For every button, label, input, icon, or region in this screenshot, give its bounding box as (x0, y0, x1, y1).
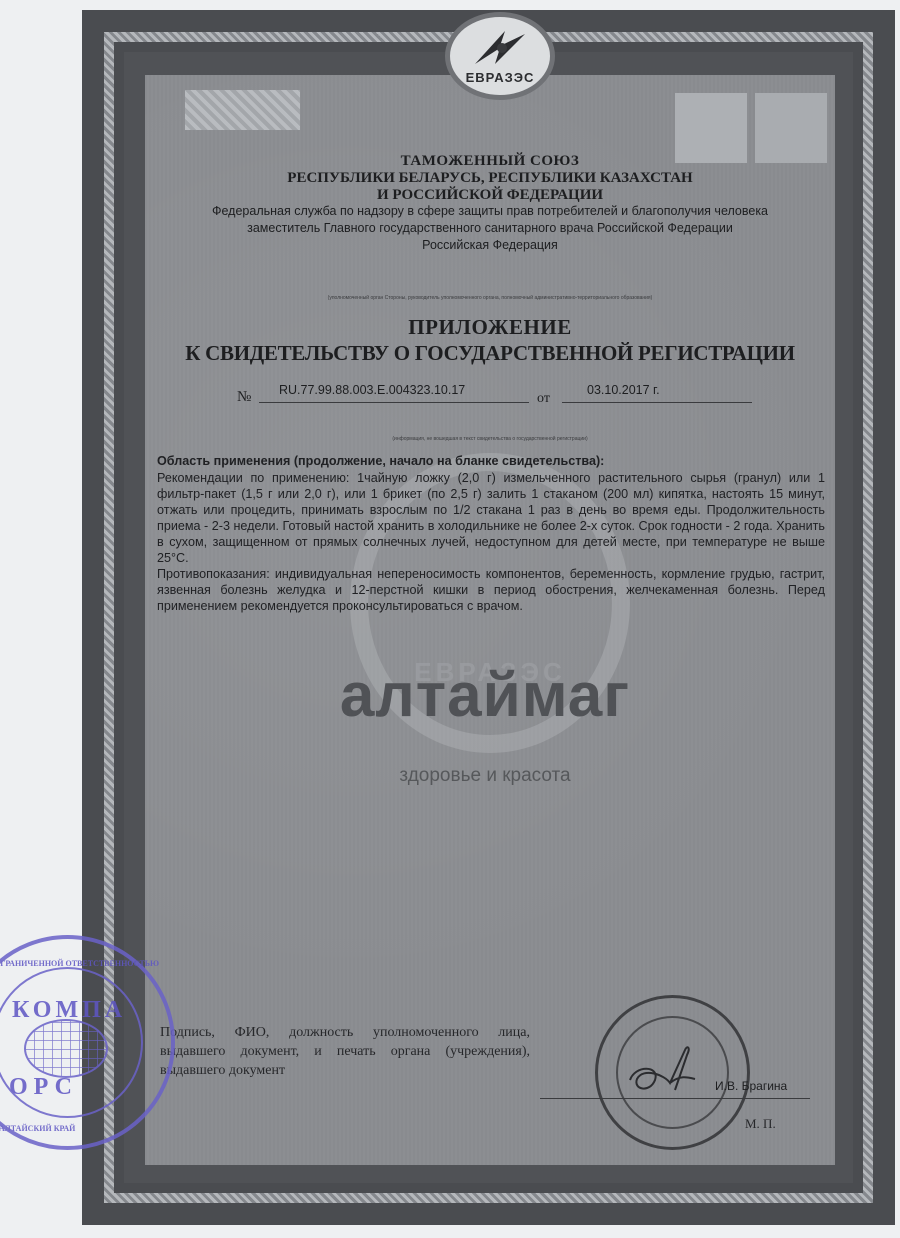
stamp-company-word: ОРС (9, 1074, 78, 1101)
number-sign: № (237, 389, 251, 406)
registration-date: 03.10.2017 г. (587, 383, 660, 397)
emblem-label: ЕВРАЗЭС (435, 70, 565, 85)
header-country: Российская Федерация (145, 238, 835, 252)
evrazes-emblem: ЕВРАЗЭС (435, 12, 565, 107)
document-subtitle: К СВИДЕТЕЛЬСТВУ О ГОСУДАРСТВЕННОЙ РЕГИСТ… (145, 341, 835, 366)
signature-caption: Подпись, ФИО, должность уполномоченного … (160, 1023, 530, 1080)
signature-line (540, 1098, 810, 1099)
header-republics: И РОССИЙСКОЙ ФЕДЕРАЦИИ (145, 187, 835, 204)
header-deputy: заместитель Главного государственного са… (145, 221, 835, 235)
signature-icon (625, 1035, 715, 1105)
header-republics: РЕСПУБЛИКИ БЕЛАРУСЬ, РЕСПУБЛИКИ КАЗАХСТА… (145, 170, 835, 187)
usage-paragraph: Рекомендации по применению: 1чайную ложк… (157, 470, 825, 566)
authority-caption: (уполномоченный орган Стороны, руководит… (145, 295, 835, 301)
certificate-page: ЕВРАЗЭС ТАМОЖЕННЫЙ СОЮЗ РЕСПУБЛИКИ БЕЛАР… (145, 75, 835, 1165)
section-title: Область применения (продолжение, начало … (157, 453, 825, 469)
stamp-place-label: М. П. (745, 1116, 776, 1132)
underline (259, 402, 529, 403)
registration-line: № RU.77.99.88.003.E.004323.10.17 от 03.1… (237, 383, 797, 405)
header-service: Федеральная служба по надзору в сфере за… (145, 204, 835, 218)
stamp-arc-text: ОГРАНИЧЕННОЙ ОТВЕТСТВЕННОСТЬЮ (0, 959, 159, 968)
application-section: Область применения (продолжение, начало … (157, 453, 825, 614)
signer-name: И.В. Брагина (715, 1079, 787, 1093)
document-title: ПРИЛОЖЕНИЕ (145, 315, 835, 340)
brand-watermark: алтаймаг (215, 665, 755, 727)
emblem-bird-icon (470, 26, 530, 66)
underline (562, 402, 752, 403)
info-caption: (информация, не вошедшая в текст свидете… (145, 436, 835, 442)
from-label: от (537, 391, 550, 407)
stamp-arc-text: АЛТАЙСКИЙ КРАЙ (0, 1124, 75, 1133)
brand-tagline: здоровье и красота (215, 765, 755, 787)
registration-number: RU.77.99.88.003.E.004323.10.17 (279, 383, 465, 397)
security-pattern-left (185, 90, 300, 130)
header-union: ТАМОЖЕННЫЙ СОЮЗ (145, 153, 835, 170)
globe-icon (24, 1019, 108, 1078)
contraindications-paragraph: Противопоказания: индивидуальная неперен… (157, 566, 825, 614)
